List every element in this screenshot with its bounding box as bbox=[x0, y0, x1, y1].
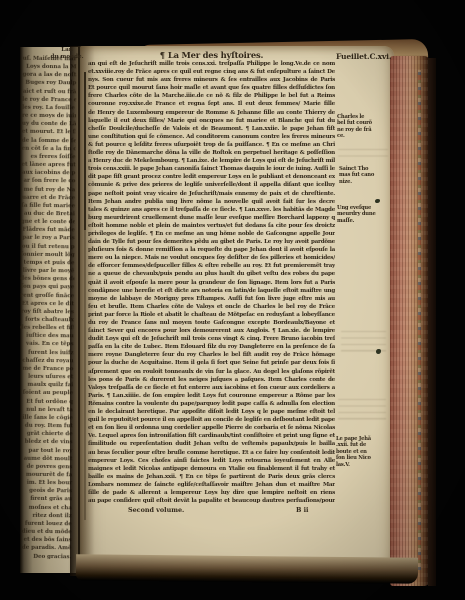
text-line: dit pape fiſt grant procez contre ledit … bbox=[88, 173, 335, 181]
book-bottom-page-edges bbox=[76, 554, 418, 584]
ink-bleedthrough bbox=[338, 149, 388, 162]
running-title: ¶La Mer des hyſtoires. bbox=[88, 50, 335, 60]
text-line: mere ou la niepce. Mais ne voulut oncque… bbox=[88, 254, 335, 262]
signature-mark: B ii bbox=[296, 506, 308, 514]
text-line: burg meurdrirent cruellement dune maſſe … bbox=[88, 214, 335, 222]
text-line: les pons de Paris & durerent les neiges … bbox=[88, 376, 335, 384]
text-line: ſainct Sever qui encores pour lors demou… bbox=[88, 327, 335, 335]
text-line: Ve. Lequel apres ſon introniſation fiſt … bbox=[88, 432, 335, 440]
text-line: mere royne Dangleterre ſeur du roy Charl… bbox=[88, 351, 335, 359]
text-line: empereur Loys. Ces choſes ainſi faictes … bbox=[88, 457, 335, 465]
facing-page-line: rent groſſe finãce bbox=[20, 291, 74, 300]
text-line: ſille de pade & allerent a lempereur Loy… bbox=[88, 489, 335, 497]
fore-edge-flecks bbox=[418, 70, 421, 570]
text-line: nys. Son cueur fut mis aux freres mineur… bbox=[88, 76, 335, 84]
text-line: au pape conſidere quil eſtoit devãt la p… bbox=[88, 497, 335, 505]
facing-page-line: im. Et les bour bbox=[20, 479, 72, 488]
text-line: trois cens.xxiii. le pape Jehan canoniſa… bbox=[88, 165, 335, 173]
margin-note-saint-thomas: Sainct Tho mas fut cano nize. bbox=[339, 166, 396, 185]
facing-page-line: Deo gracias. bbox=[20, 552, 71, 561]
facing-page-line: ſon pays qui paye bbox=[20, 283, 74, 292]
text-line: paſſa en la cite de Lubec. Item Edouard … bbox=[88, 343, 335, 351]
text-line: privileges de legliſe. ¶ En ce meſme an … bbox=[88, 230, 335, 238]
text-line: dudit Loys qui eſt de Jeſuchriſt mil tro… bbox=[88, 335, 335, 343]
gutter-crease-line bbox=[84, 72, 86, 230]
text-line: au bras ſeculier pour eſtre bruſle comme… bbox=[88, 449, 335, 457]
gutter-crease-line-lower bbox=[84, 230, 86, 520]
text-line: & fut pource q leſditz freres uſurpoiẽt … bbox=[88, 141, 335, 149]
facing-page-line: aume dõt moult bbox=[20, 454, 72, 463]
text-line: moyne de labbaye de Morigny pres Eſtampe… bbox=[88, 295, 335, 303]
text-line: de efforcer femmes/deſpuceller filles & … bbox=[88, 262, 335, 270]
facing-page-line: me fut roy de Na bbox=[21, 185, 75, 194]
text-line: print par force la Riole et abatit le ch… bbox=[88, 311, 335, 319]
text-line: du roy de France ſans nul moyen toute Ga… bbox=[88, 319, 335, 327]
facing-page-line: ar ſon frere le co bbox=[21, 177, 75, 186]
text-line: Item Jehan andre publia ung livre nõme l… bbox=[88, 198, 335, 206]
ink-bleedthrough bbox=[338, 399, 386, 420]
text-line: a Henry duc de Mekelembourg. ¶ Lan.ixe. … bbox=[88, 157, 335, 165]
margin-note-year-of-world: Lan du monde. bbox=[50, 47, 84, 60]
text-line: cõmunie & prive des prieres de legliſe u… bbox=[88, 181, 335, 189]
text-line: feu et bruſle. Item Charles cõte de Valo… bbox=[88, 303, 335, 311]
folio-number: Fueillet.C.xvi. bbox=[336, 52, 396, 61]
text-line: ne a queue de chevaulx/puis pendu au plu… bbox=[88, 270, 335, 278]
main-text-column: an qui eſt de Jeſuchriſt mille trois cen… bbox=[88, 60, 335, 505]
text-line: pluſieurs fois & donne remiſſion a la re… bbox=[88, 246, 335, 254]
text-line: de Henry de Luxembourg empereur de Romme… bbox=[88, 109, 335, 117]
text-line: cheſſe Doulcile/ducheſſe de Valois et de… bbox=[88, 125, 335, 133]
text-line: en le declairant heretique. Par appoſite… bbox=[88, 408, 335, 416]
facing-page-line: ſoient au peuple bbox=[20, 389, 73, 398]
text-line: quãt il avoit eſpouſe la mere pour la gr… bbox=[88, 279, 335, 287]
facing-page-line: par le roy a Paris bbox=[21, 234, 75, 243]
facing-page-line: de paradis. Amẽ bbox=[20, 544, 72, 553]
facing-page-line: vais. En ce tẽps bbox=[20, 340, 74, 349]
facing-page-line: de la ſomme de ſes bbox=[22, 136, 76, 145]
margin-note-charles-crowned: Charles le bel fut courõ ne roy de frã c… bbox=[337, 114, 394, 140]
text-line: eſtoit homme noble et plein de maintes v… bbox=[88, 222, 335, 230]
facing-page-line: uarre et de Frãce bbox=[21, 193, 75, 202]
text-line: une conſtitution qui ſe cõmence. Ad cond… bbox=[88, 133, 335, 141]
text-line: frere Charles cõte de la Marche.iiie.de … bbox=[88, 92, 335, 100]
text-line: laquelle il eut deux filles/ Marie qui o… bbox=[88, 117, 335, 125]
text-line: pape neſtoit point vray vicaire de Jeſuc… bbox=[88, 190, 335, 198]
facing-page-line: Et fut ordõne q bbox=[20, 397, 73, 406]
facing-page-line: furent les iuifz bbox=[20, 348, 74, 357]
text-line: couronne roy.xxixe.de France et regna ſe… bbox=[88, 100, 335, 108]
text-line: Valoys treſpaſſa de ce ſiecle et fut ent… bbox=[88, 384, 335, 392]
text-line: aſprement que on rouloit tonneaulx de vi… bbox=[88, 368, 335, 376]
text-line: ſtofle roy de Dãnemarche dõna la ville d… bbox=[88, 149, 335, 157]
text-line: maignes et ledit Nicolas antipape demour… bbox=[88, 465, 335, 473]
text-line: Lombars nommez de ſaincte egliſe/ceſtaſſ… bbox=[88, 481, 335, 489]
text-line: et en ſon lieu il ordonna ung cordelier … bbox=[88, 424, 335, 432]
text-line: Rõmains contre la voulente du pape/parqu… bbox=[88, 400, 335, 408]
facing-page-line: par tout le roy bbox=[20, 446, 73, 455]
text-line: ſimilitude ou repreſentation dudit Jehan… bbox=[88, 440, 335, 448]
margin-note-pope-deposed: Le pape Jehã .xxii. fut de boute et en ſ… bbox=[336, 436, 393, 468]
text-line: Paris. ¶ Lan.xiiiie. de ſon empire ledit… bbox=[88, 392, 335, 400]
facing-page-strip: uſ. Maiſemẽt marLoys donna la Mgora a la… bbox=[20, 47, 78, 573]
text-line: pour la duche de Acquitaine. Item il gel… bbox=[88, 359, 335, 367]
volume-label: Second volume. bbox=[128, 506, 184, 514]
facing-page-line: aict et ruſt ou frã bbox=[22, 87, 76, 96]
text-line: et.xxviiie.roy de Frãce apres ce quil eu… bbox=[88, 68, 335, 76]
facing-page-line: et mourut. Et le ſi bbox=[22, 128, 76, 137]
running-title-text: La Mer des hyſtoires. bbox=[168, 50, 263, 60]
margin-note-line1: Lan bbox=[61, 47, 73, 53]
facing-page-line: Buges roy Daulp bbox=[22, 79, 76, 88]
text-line: dain de Tylle fut pour ſes demerites pẽd… bbox=[88, 238, 335, 246]
facing-page-text-fragments: uſ. Maiſemẽt marLoys donna la Mgora a la… bbox=[20, 55, 77, 566]
text-line: tales & quinze ans apres ce il treſpaſſa… bbox=[88, 206, 335, 214]
book-photo: uſ. Maiſemẽt marLoys donna la Mgora a la… bbox=[0, 0, 465, 600]
pilcrow-ornament-icon: ¶ bbox=[160, 50, 165, 60]
facing-page-line: ou il fut retenu p bbox=[21, 242, 75, 251]
text-line: Et pource quil mourut ſans hoir maſle et… bbox=[88, 84, 335, 92]
text-line: condãpnee une hereſie et eſt dicte ars n… bbox=[88, 287, 335, 295]
margin-note-line2: du monde. bbox=[50, 54, 83, 60]
text-line: baille es mains de Jehan.xxii. ¶ En ce t… bbox=[88, 473, 335, 481]
text-line: quil le reputoit/et pource il en appello… bbox=[88, 416, 335, 424]
fore-edge-pages bbox=[390, 56, 430, 586]
cover-board-edge bbox=[428, 58, 436, 586]
margin-note-bishop-murdered: Ung eveſque meurdry dune maſſe. bbox=[337, 205, 394, 224]
facing-page-line: bledz et de vins bbox=[20, 438, 73, 447]
text-line: an qui eſt de Jeſuchriſt mille trois cen… bbox=[88, 60, 335, 68]
